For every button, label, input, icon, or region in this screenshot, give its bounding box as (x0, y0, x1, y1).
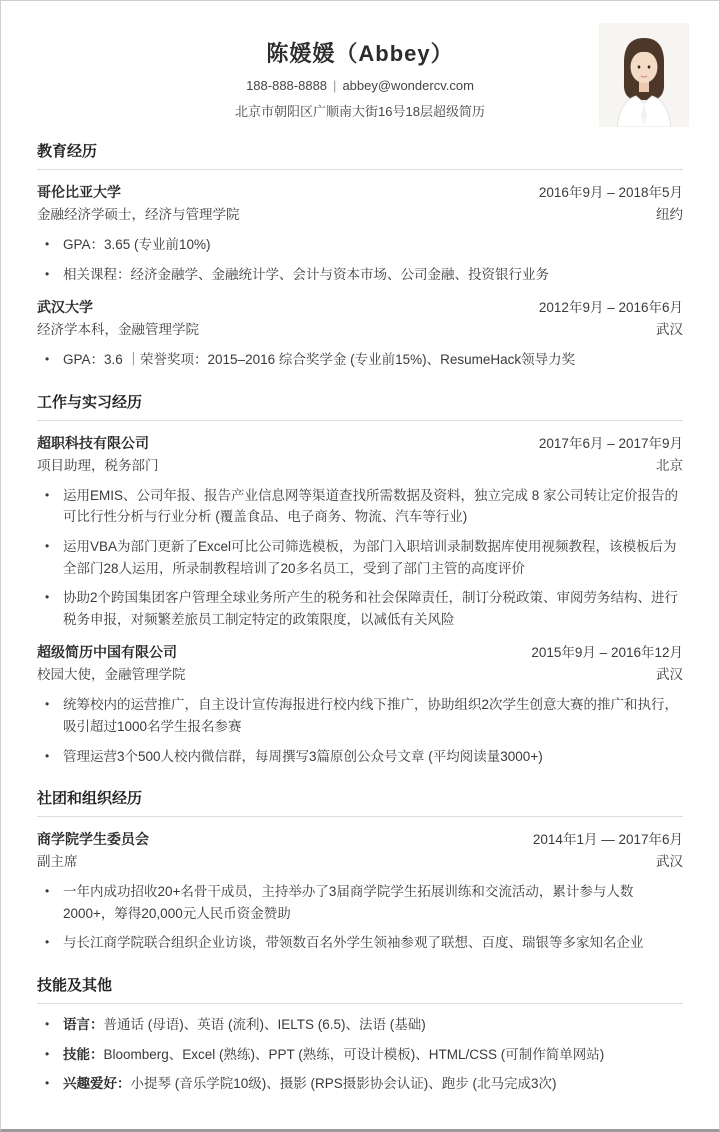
education-entry: 武汉大学 2012年9月 – 2016年6月 经济学本科，金融管理学院 武汉 G… (37, 296, 683, 371)
entry-org: 超级简历中国有限公司 (37, 641, 177, 663)
candidate-name: 陈媛媛（Abbey） (37, 37, 683, 68)
entry-location: 武汉 (656, 851, 683, 873)
entry-location: 武汉 (656, 664, 683, 686)
bullet-label: 兴趣爱好： (63, 1076, 131, 1091)
contact-line: 188-888-8888|abbey@wondercv.com (37, 78, 683, 93)
section-title: 工作与实习经历 (37, 391, 683, 421)
section-title: 教育经历 (37, 140, 683, 170)
entry-org: 武汉大学 (37, 296, 93, 318)
entry-org: 商学院学生委员会 (37, 828, 149, 850)
entry-role: 金融经济学硕士，经济与管理学院 (37, 204, 240, 226)
section-title: 技能及其他 (37, 974, 683, 1004)
entry-role: 副主席 (37, 851, 78, 873)
entry-date: 2016年9月 – 2018年5月 (539, 182, 683, 204)
contact-separator: | (333, 78, 336, 93)
bullet-item: 运用VBA为部门更新了Excel可比公司筛选模板，为部门入职培训录制数据库使用视… (37, 536, 683, 579)
entry-org: 哥伦比亚大学 (37, 181, 121, 203)
entry-org: 超职科技有限公司 (37, 432, 149, 454)
bullet-label: 语言： (63, 1017, 104, 1032)
address-line: 北京市朝阳区广顺南大街16号18层超级简历 (37, 101, 683, 120)
resume-header: 陈媛媛（Abbey） 188-888-8888|abbey@wondercv.c… (37, 25, 683, 120)
entry-role: 项目助理，税务部门 (37, 455, 159, 477)
bullet-item: 统筹校内的运营推广，自主设计宣传海报进行校内线下推广，协助组织2次学生创意大赛的… (37, 694, 683, 737)
organization-entry: 商学院学生委员会 2014年1月 — 2017年6月 副主席 武汉 一年内成功招… (37, 828, 683, 954)
bullet-text: Bloomberg、Excel (熟练)、PPT (熟练，可设计模板)、HTML… (104, 1047, 605, 1062)
bullet-item: 技能：Bloomberg、Excel (熟练)、PPT (熟练，可设计模板)、H… (37, 1044, 683, 1066)
resume-page: 陈媛媛（Abbey） 188-888-8888|abbey@wondercv.c… (0, 0, 720, 1132)
bullet-item: 管理运营3个500人校内微信群，每周撰写3篇原创公众号文章 (平均阅读量3000… (37, 746, 683, 768)
bullet-text: 普通话 (母语)、英语 (流利)、IELTS (6.5)、法语 (基础) (104, 1017, 426, 1032)
bullet-item: 协助2个跨国集团客户管理全球业务所产生的税务和社会保障责任，制订分税政策、审阅劳… (37, 587, 683, 630)
bullet-label: 技能： (63, 1047, 104, 1062)
entry-date: 2014年1月 — 2017年6月 (533, 829, 683, 851)
bullet-text: 小提琴 (音乐学院10级)、摄影 (RPS摄影协会认证)、跑步 (北马完成3次) (131, 1076, 557, 1091)
bullet-item: 语言：普通话 (母语)、英语 (流利)、IELTS (6.5)、法语 (基础) (37, 1014, 683, 1036)
entry-location: 武汉 (656, 319, 683, 341)
bullet-item: 相关课程：经济金融学、金融统计学、会计与资本市场、公司金融、投资银行业务 (37, 264, 683, 286)
entry-role: 校园大使，金融管理学院 (37, 664, 186, 686)
phone-number: 188-888-8888 (246, 78, 327, 93)
bullet-item: GPA：3.6 ｜荣誉奖项：2015–2016 综合奖学金 (专业前15%)、R… (37, 349, 683, 371)
bullet-item: 运用EMIS、公司年报、报告产业信息网等渠道查找所需数据及资料，独立完成 8 家… (37, 485, 683, 528)
profile-photo (599, 23, 689, 127)
section-education: 教育经历 哥伦比亚大学 2016年9月 – 2018年5月 金融经济学硕士，经济… (37, 140, 683, 371)
entry-location: 北京 (656, 455, 683, 477)
section-skills: 技能及其他 语言：普通话 (母语)、英语 (流利)、IELTS (6.5)、法语… (37, 974, 683, 1095)
entry-date: 2012年9月 – 2016年6月 (539, 297, 683, 319)
entry-location: 纽约 (656, 204, 683, 226)
bullet-item: GPA：3.65 (专业前10%) (37, 234, 683, 256)
work-entry: 超级简历中国有限公司 2015年9月 – 2016年12月 校园大使，金融管理学… (37, 641, 683, 767)
section-organizations: 社团和组织经历 商学院学生委员会 2014年1月 — 2017年6月 副主席 武… (37, 787, 683, 954)
email-address: abbey@wondercv.com (342, 78, 473, 93)
section-work: 工作与实习经历 超职科技有限公司 2017年6月 – 2017年9月 项目助理，… (37, 391, 683, 767)
entry-date: 2017年6月 – 2017年9月 (539, 433, 683, 455)
avatar-illustration (599, 23, 689, 127)
bullet-item: 兴趣爱好：小提琴 (音乐学院10级)、摄影 (RPS摄影协会认证)、跑步 (北马… (37, 1073, 683, 1095)
bullet-item: 一年内成功招收20+名骨干成员，主持举办了3届商学院学生拓展训练和交流活动，累计… (37, 881, 683, 924)
education-entry: 哥伦比亚大学 2016年9月 – 2018年5月 金融经济学硕士，经济与管理学院… (37, 181, 683, 285)
section-title: 社团和组织经历 (37, 787, 683, 817)
entry-date: 2015年9月 – 2016年12月 (531, 642, 683, 664)
entry-role: 经济学本科，金融管理学院 (37, 319, 199, 341)
bullet-item: 与长江商学院联合组织企业访谈，带领数百名外学生领袖参观了联想、百度、瑞银等多家知… (37, 932, 683, 954)
work-entry: 超职科技有限公司 2017年6月 – 2017年9月 项目助理，税务部门 北京 … (37, 432, 683, 631)
